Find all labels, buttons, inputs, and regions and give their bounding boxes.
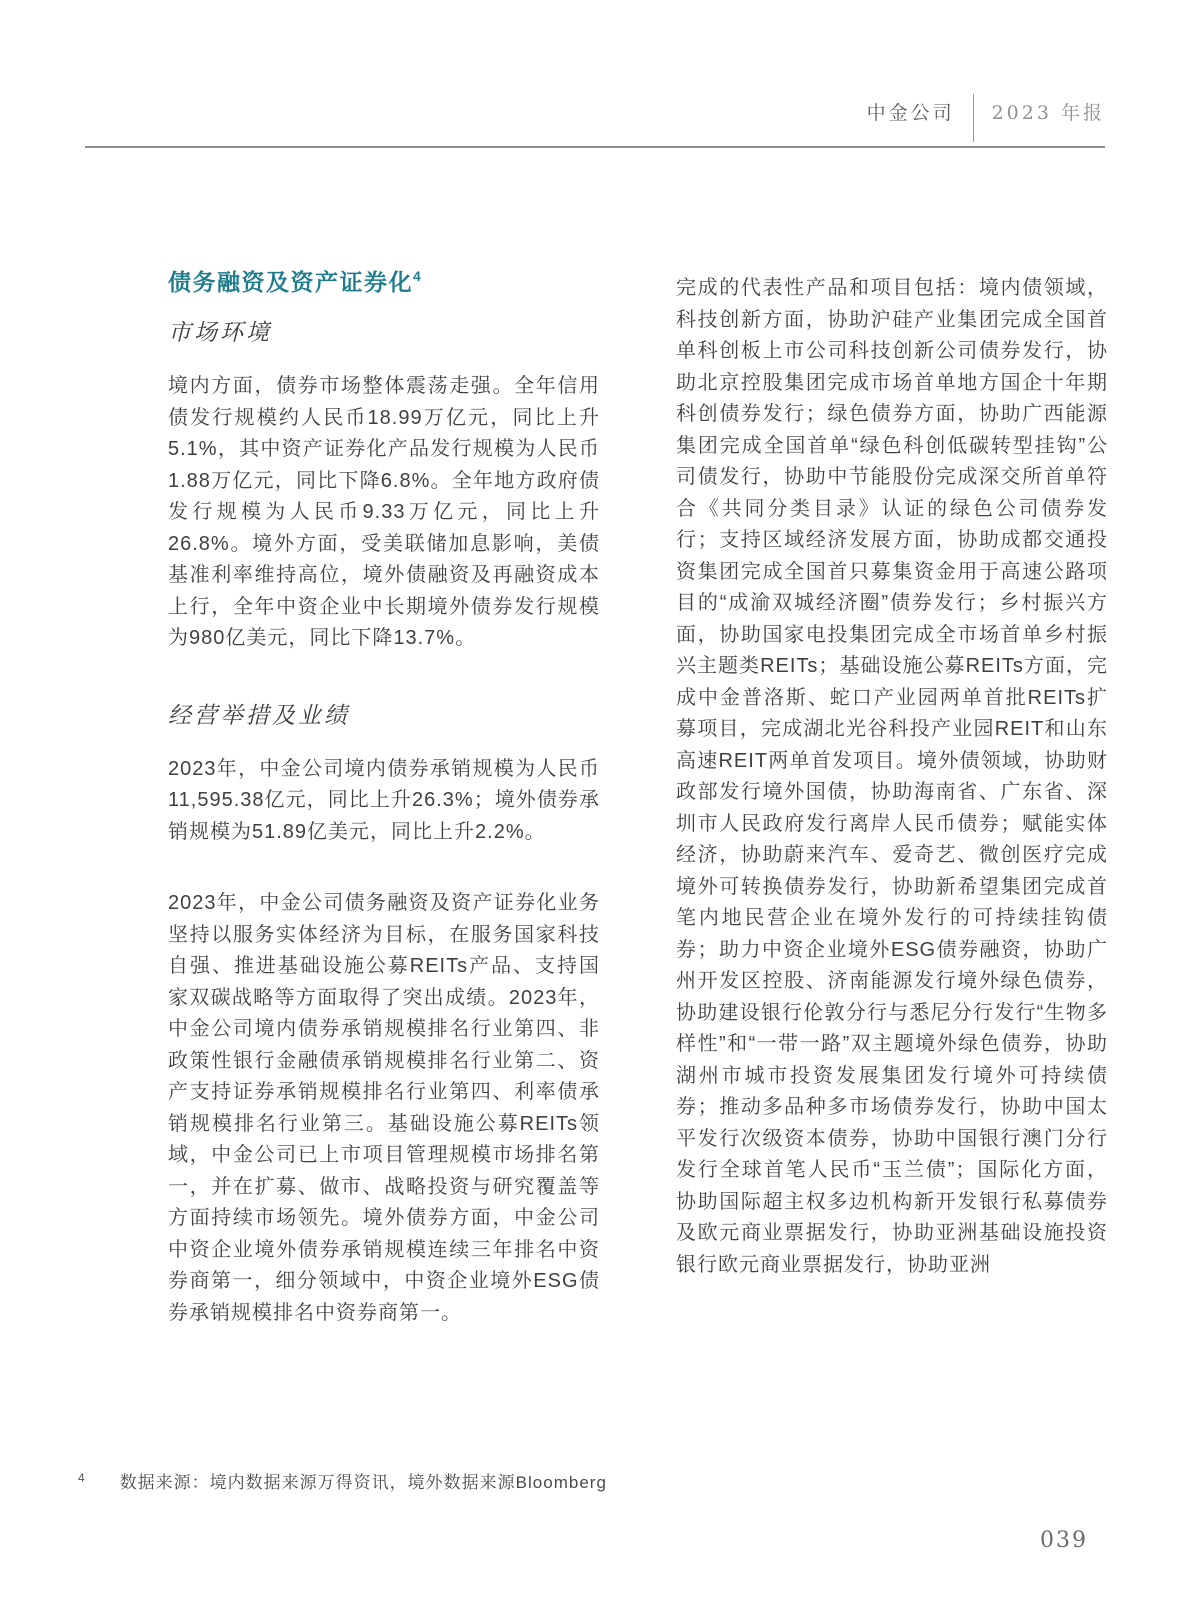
right-column: 完成的代表性产品和项目包括：境内债领域，科技创新方面，协助沪硅产业集团完成全国首… <box>676 268 1108 1281</box>
footnote-text: 数据来源：境内数据来源万得资讯，境外数据来源Bloomberg <box>120 1473 607 1492</box>
header-rule <box>85 146 1105 148</box>
page-number: 039 <box>1040 1528 1088 1553</box>
subheading-business-performance: 经营举措及业绩 <box>168 701 600 731</box>
paragraph-representative-projects: 完成的代表性产品和项目包括：境内债领域，科技创新方面，协助沪硅产业集团完成全国首… <box>676 273 1108 1281</box>
running-header: 中金公司 2023 年报 <box>867 98 1105 142</box>
section-title: 债务融资及资产证券化4 <box>168 268 600 296</box>
paragraph-underwriting-scale: 2023年，中金公司境内债券承销规模为人民币11,595.38亿元，同比上升26… <box>168 754 600 849</box>
footnote-marker: 4 <box>78 1471 86 1485</box>
paragraph-business-achievements: 2023年，中金公司债务融资及资产证券化业务坚持以服务实体经济为目标，在服务国家… <box>168 888 600 1329</box>
paragraph-market-environment: 境内方面，债券市场整体震荡走强。全年信用债发行规模约人民币18.99万亿元，同比… <box>168 371 600 655</box>
footnote: 4数据来源：境内数据来源万得资讯，境外数据来源Bloomberg <box>78 1468 607 1493</box>
section-title-text: 债务融资及资产证券化 <box>168 269 413 295</box>
subheading-market-environment: 市场环境 <box>168 318 600 348</box>
report-edition-label: 2023 年报 <box>992 98 1105 128</box>
left-column: 债务融资及资产证券化4 市场环境 境内方面，债券市场整体震荡走强。全年信用债发行… <box>168 268 600 1329</box>
footnote-reference: 4 <box>413 268 422 284</box>
header-vertical-divider <box>973 94 974 142</box>
company-name: 中金公司 <box>867 98 955 128</box>
report-page: 中金公司 2023 年报 债务融资及资产证券化4 市场环境 境内方面，债券市场整… <box>0 0 1190 1615</box>
